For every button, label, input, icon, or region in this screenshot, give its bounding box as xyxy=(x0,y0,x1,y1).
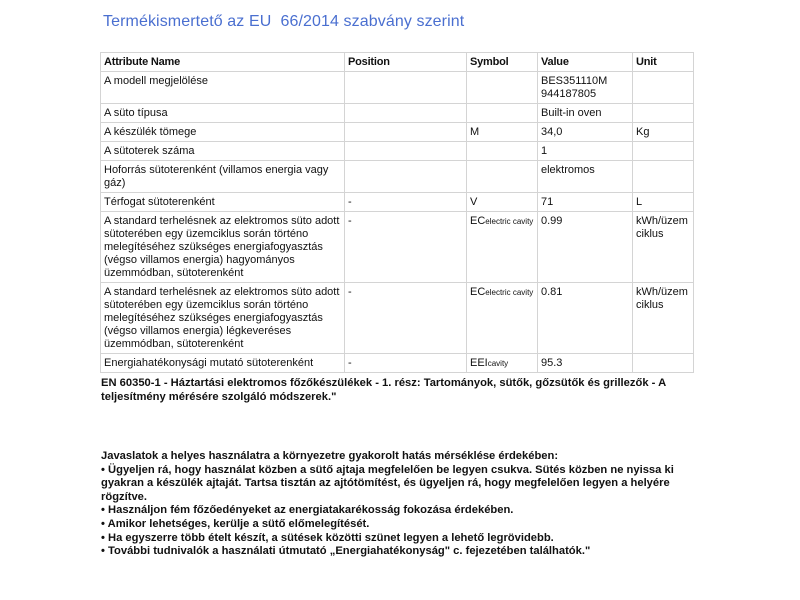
table-row: A standard terhelésnek az elektromos süt… xyxy=(101,283,694,354)
cell-unit xyxy=(633,354,694,373)
cell-symbol: ECelectric cavity xyxy=(467,283,538,354)
product-info-table: Attribute Name Position Symbol Value Uni… xyxy=(100,52,694,373)
cell-value: 1 xyxy=(538,142,633,161)
page-title: Termékismertető az EU 66/2014 szabvány s… xyxy=(103,13,464,31)
table-row: A modell megjelölése BES351110M944187805 xyxy=(101,72,694,104)
cell-symbol: V xyxy=(467,193,538,212)
symbol-subscript: electric cavity xyxy=(485,217,533,226)
table-row: Hoforrás sütoterenként (villamos energia… xyxy=(101,161,694,193)
symbol-main: EC xyxy=(470,286,485,298)
cell-symbol xyxy=(467,104,538,123)
cell-position xyxy=(345,142,467,161)
cell-unit: kWh/üzem ciklus xyxy=(633,212,694,283)
cell-unit xyxy=(633,72,694,104)
cell-symbol xyxy=(467,142,538,161)
cell-attribute: A standard terhelésnek az elektromos süt… xyxy=(101,212,345,283)
cell-position xyxy=(345,161,467,193)
cell-symbol: EEIcavity xyxy=(467,354,538,373)
cell-value: 0.99 xyxy=(538,212,633,283)
cell-value: 34,0 xyxy=(538,123,633,142)
standard-reference-note: EN 60350-1 - Háztartási elektromos főzők… xyxy=(101,376,701,404)
cell-attribute: A süto típusa xyxy=(101,104,345,123)
cell-position xyxy=(345,72,467,104)
recommendation-item: • Ügyeljen rá, hogy használat közben a s… xyxy=(101,464,701,505)
table-row: A standard terhelésnek az elektromos süt… xyxy=(101,212,694,283)
cell-position xyxy=(345,123,467,142)
cell-value: 71 xyxy=(538,193,633,212)
header-attribute-name: Attribute Name xyxy=(101,53,345,72)
cell-unit: L xyxy=(633,193,694,212)
cell-attribute: A modell megjelölése xyxy=(101,72,345,104)
cell-attribute: Térfogat sütoterenként xyxy=(101,193,345,212)
cell-attribute: A sütoterek száma xyxy=(101,142,345,161)
table-header-row: Attribute Name Position Symbol Value Uni… xyxy=(101,53,694,72)
cell-value: Built-in oven xyxy=(538,104,633,123)
cell-position xyxy=(345,104,467,123)
recommendation-item: • Amikor lehetséges, kerülje a sütő előm… xyxy=(101,518,701,532)
recommendations-section: Javaslatok a helyes használatra a környe… xyxy=(101,450,701,559)
cell-value: 0.81 xyxy=(538,283,633,354)
table-row: Energiahatékonysági mutató sütoterenként… xyxy=(101,354,694,373)
cell-attribute: A standard terhelésnek az elektromos süt… xyxy=(101,283,345,354)
cell-value: elektromos xyxy=(538,161,633,193)
symbol-subscript: cavity xyxy=(488,359,508,368)
recommendation-item: • További tudnivalók a használati útmuta… xyxy=(101,545,701,559)
header-position: Position xyxy=(345,53,467,72)
cell-symbol xyxy=(467,72,538,104)
table-row: Térfogat sütoterenként - V 71 L xyxy=(101,193,694,212)
symbol-main: EC xyxy=(470,215,485,227)
cell-unit: Kg xyxy=(633,123,694,142)
cell-position: - xyxy=(345,283,467,354)
symbol-main: EEI xyxy=(470,357,488,369)
model-number: BES351110M xyxy=(541,75,629,88)
header-unit: Unit xyxy=(633,53,694,72)
cell-attribute: A készülék tömege xyxy=(101,123,345,142)
cell-unit xyxy=(633,104,694,123)
recommendations-heading: Javaslatok a helyes használatra a környe… xyxy=(101,450,701,464)
cell-position: - xyxy=(345,212,467,283)
table-row: A készülék tömege M 34,0 Kg xyxy=(101,123,694,142)
cell-unit xyxy=(633,142,694,161)
cell-position: - xyxy=(345,354,467,373)
cell-symbol: ECelectric cavity xyxy=(467,212,538,283)
cell-attribute: Hoforrás sütoterenként (villamos energia… xyxy=(101,161,345,193)
cell-symbol: M xyxy=(467,123,538,142)
product-number: 944187805 xyxy=(541,88,629,101)
cell-unit xyxy=(633,161,694,193)
cell-unit: kWh/üzem ciklus xyxy=(633,283,694,354)
cell-position: - xyxy=(345,193,467,212)
header-symbol: Symbol xyxy=(467,53,538,72)
table-row: A süto típusa Built-in oven xyxy=(101,104,694,123)
recommendation-item: • Használjon fém főzőedényeket az energi… xyxy=(101,504,701,518)
recommendation-item: • Ha egyszerre több ételt készít, a süté… xyxy=(101,532,701,546)
cell-symbol xyxy=(467,161,538,193)
cell-value: BES351110M944187805 xyxy=(538,72,633,104)
header-value: Value xyxy=(538,53,633,72)
cell-attribute: Energiahatékonysági mutató sütoterenként xyxy=(101,354,345,373)
table-row: A sütoterek száma 1 xyxy=(101,142,694,161)
symbol-subscript: electric cavity xyxy=(485,288,533,297)
cell-value: 95.3 xyxy=(538,354,633,373)
